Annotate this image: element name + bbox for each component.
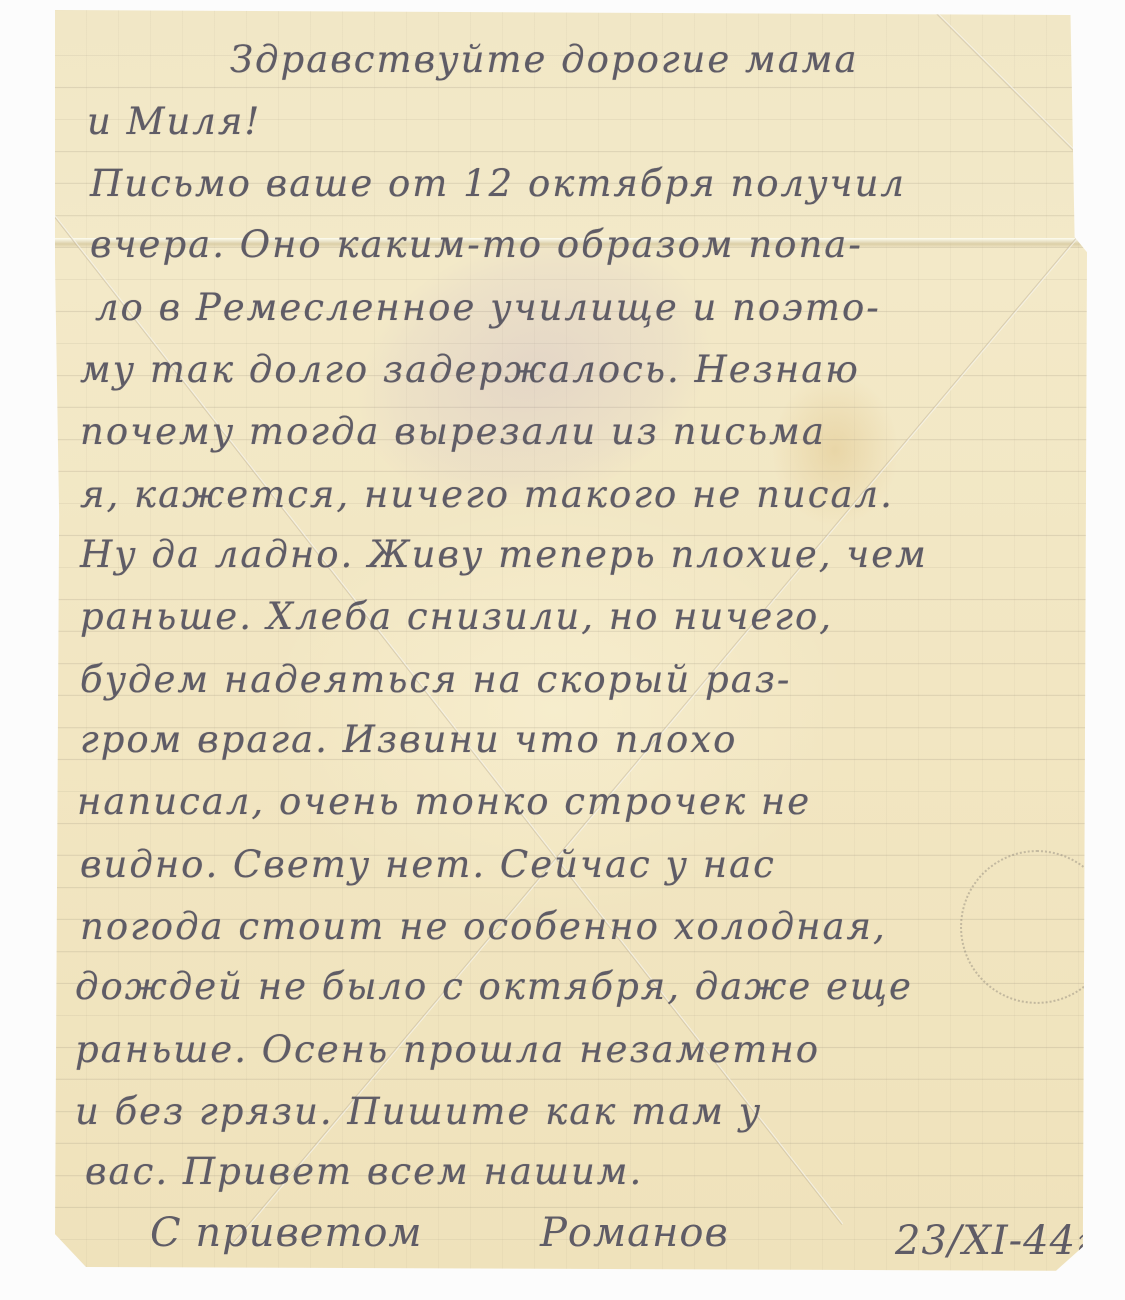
body-line: дождей не было с октября, даже еще [75, 965, 913, 1008]
scanned-letter: Здравствуйте дорогие мама и Миля! Письмо… [0, 0, 1125, 1300]
body-line: вас. Привет всем нашим. [85, 1150, 643, 1193]
greeting-line: и Миля! [87, 100, 261, 143]
body-line: почему тогда вырезали из письма [80, 410, 826, 453]
body-line: му так долго задержалось. Незнаю [80, 348, 860, 391]
body-line: написал, очень тонко строчек не [77, 780, 811, 823]
body-line: раньше. Осень прошла незаметно [75, 1028, 820, 1071]
body-line: я, кажется, ничего такого не писал. [80, 473, 894, 516]
body-line: Письмо ваше от 12 октября получил [90, 162, 906, 205]
letter-text: Здравствуйте дорогие мама и Миля! Письмо… [55, 10, 1087, 1272]
body-line: и без грязи. Пишите как там у [75, 1090, 762, 1133]
body-line: будем надеяться на скорый раз- [80, 658, 791, 701]
letter-paper: Здравствуйте дорогие мама и Миля! Письмо… [55, 10, 1087, 1272]
letter-date: 23/XI-44г [895, 1218, 1097, 1264]
body-line: погода стоит не особенно холодная, [80, 905, 887, 948]
signature: Романов [540, 1210, 729, 1256]
greeting-line: Здравствуйте дорогие мама [230, 38, 859, 81]
body-line: вчера. Оно каким-то образом попа- [90, 223, 863, 266]
body-line: ло в Ремесленное училище и поэто- [95, 286, 881, 329]
closing-text: С приветом [150, 1210, 423, 1256]
body-line: гром врага. Извини что плохо [80, 718, 737, 761]
body-line: видно. Свету нет. Сейчас у нас [80, 843, 776, 886]
body-line: раньше. Хлеба снизили, но ничего, [80, 595, 833, 638]
body-line: Ну да ладно. Живу теперь плохие, чем [80, 533, 928, 576]
